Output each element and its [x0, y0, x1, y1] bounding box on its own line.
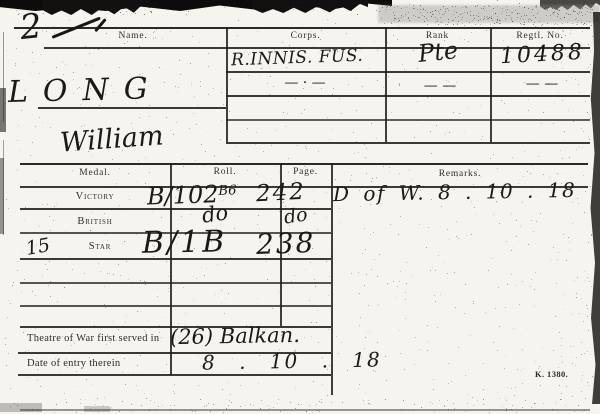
scan-artifact-top-blob — [252, 0, 368, 13]
star-page-entry: 238 — [256, 229, 316, 259]
grid-line-v — [490, 27, 492, 142]
corps-column-label: Corps. — [226, 31, 385, 41]
rank-entry: Pte — [417, 38, 459, 66]
grid-line-h — [226, 119, 590, 121]
form-reference: K. 1380. — [535, 369, 568, 379]
grid-line-h — [20, 163, 588, 165]
british-page-ditto: do — [283, 205, 309, 227]
grid-line-h — [18, 374, 331, 376]
grid-line-v — [385, 27, 387, 142]
theatre-of-war-label: Theatre of War first served in — [27, 333, 159, 344]
scan-bottom-line — [20, 409, 590, 411]
scan-artifact-bottom-smudge — [0, 403, 42, 412]
rank-ditto-mark: — — — [400, 79, 480, 93]
roll-column-header: Roll. — [170, 167, 280, 177]
date-of-entry-entry: 8 . 10 . 18 — [202, 349, 382, 372]
theatre-of-war-entry: (26) Balkan. — [170, 325, 300, 348]
card-left-border — [3, 140, 4, 235]
grid-line-h — [20, 305, 331, 307]
star-prefix-entry: 15 — [25, 236, 52, 259]
grid-line-h — [44, 47, 226, 49]
grid-line-h — [14, 27, 590, 29]
star-roll-entry: B/1B — [142, 227, 228, 258]
corner-mark: 2 — [18, 9, 43, 45]
regtl-ditto-mark: — — — [498, 77, 586, 91]
regtl-no-entry: 10488 — [499, 42, 585, 68]
first-name-entry: William — [59, 122, 164, 156]
medal-index-card-scan: Name. Corps. Rank Regtl. No. Medal. Roll… — [0, 0, 600, 414]
grid-line-h — [226, 71, 590, 73]
grid-line-h — [20, 282, 331, 284]
victory-page-entry: 242 — [255, 181, 306, 207]
page-column-header: Page. — [280, 167, 331, 177]
name-column-label: Name. — [40, 31, 226, 41]
british-roll-ditto: do — [201, 202, 230, 226]
scan-artifact-top-blob — [42, 0, 150, 15]
grid-line-v — [226, 27, 228, 142]
date-of-entry-label: Date of entry therein — [27, 358, 120, 369]
grid-line-h — [226, 142, 590, 144]
card-left-border — [3, 32, 4, 122]
victory-roll-superscript: B6 — [218, 183, 237, 199]
medal-column-header: Medal. — [20, 168, 170, 178]
surname-entry: LONG — [8, 74, 163, 108]
corps-entry: R.INNIS. FUS. — [231, 48, 364, 70]
grid-line-h — [226, 95, 590, 97]
scan-artifact-right-strip — [590, 12, 600, 404]
scan-artifact-gray-band — [378, 5, 600, 23]
remarks-entry: D of W. 8 . 10 . 18 — [333, 180, 577, 204]
corps-ditto-mark: — · — — [240, 76, 370, 90]
